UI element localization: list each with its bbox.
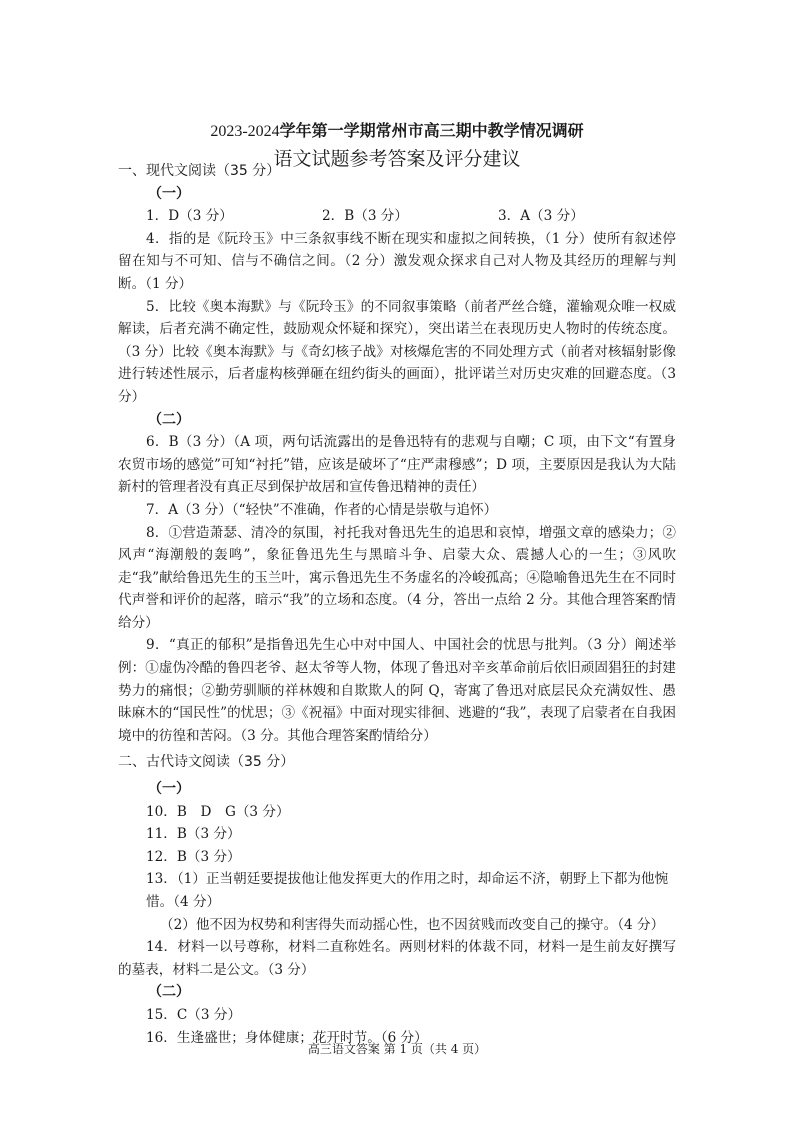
answer-q14: 14．材料一以号尊称，材料二直称姓名。两则材料的体裁不同，材料一是生前友好撰写的… [118, 936, 676, 981]
section-heading-modern-reading: 一、现代文阅读（35 分） [118, 160, 676, 183]
document-page: 2023-2024学年第一学期常州市高三期中教学情况调研 语文试题参考答案及评分… [0, 0, 794, 1123]
page-footer: 高三语文答案 第 1 页（共 4 页） [0, 1041, 794, 1057]
answer-q6: 6．B（3 分）（A 项，两句话流露出的是鲁迅特有的悲观与自嘲；C 项，由下文“… [118, 431, 676, 499]
answer-q12: 12．B（3 分） [118, 846, 676, 869]
answer-q11: 11．B（3 分） [118, 823, 676, 846]
answer-q3: 3．A（3 分） [498, 205, 584, 228]
document-body: 一、现代文阅读（35 分） （一） 1．D（3 分） 2．B（3 分） 3．A（… [118, 160, 676, 1049]
answer-q15: 15．C（3 分） [118, 1004, 676, 1027]
answer-q4: 4．指的是《阮玲玉》中三条叙事线不断在现实和虚拟之间转换，（1 分）使所有叙述停… [118, 228, 676, 296]
answer-q2: 2．B（3 分） [322, 205, 498, 228]
answer-q8: 8．①营造萧瑟、清冷的氛围，衬托我对鲁迅先生的追思和哀悼，增强文章的感染力；②风… [118, 522, 676, 635]
answer-q13-1: 13．（1）正当朝廷要提拔他让他发挥更大的作用之时，却命运不济，朝野上下都为他惋… [118, 868, 676, 913]
document-title: 2023-2024学年第一学期常州市高三期中教学情况调研 [0, 120, 794, 143]
part-label-2-2: （二） [118, 981, 676, 1004]
answers-row-1-3: 1．D（3 分） 2．B（3 分） 3．A（3 分） [118, 205, 676, 228]
part-label-1-2: （二） [118, 409, 676, 432]
answer-q7: 7．A（3 分）（“轻快”不准确，作者的心情是崇敬与追怀） [118, 499, 676, 522]
title-text: 学年第一学期常州市高三期中教学情况调研 [280, 121, 584, 140]
answer-q9: 9．“真正的郁积”是指鲁迅先生心中对中国人、中国社会的忧思与批判。（3 分）阐述… [118, 634, 676, 747]
section-heading-classical-reading: 二、古代诗文阅读（35 分） [118, 751, 676, 774]
title-year: 2023-2024 [210, 123, 279, 140]
answer-q1: 1．D（3 分） [146, 205, 322, 228]
part-label-1-1: （一） [118, 183, 676, 206]
answer-q10: 10．B D G（3 分） [118, 801, 676, 824]
answer-q5: 5．比较《奥本海默》与《阮玲玉》的不同叙事策略（前者严丝合缝，灌输观众唯一权威解… [118, 296, 676, 409]
part-label-2-1: （一） [118, 778, 676, 801]
answer-q13-2: （2）他不因为权势和利害得失而动摇心性，也不因贫贱而改变自己的操守。（4 分） [118, 914, 676, 937]
